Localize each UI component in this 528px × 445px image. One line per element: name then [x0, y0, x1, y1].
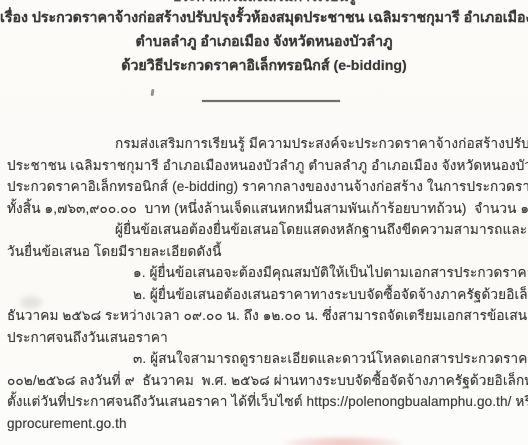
title-line-1: เรื่อง ประกวดราคาจ้างก่อสร้างปรับปรุงรั้… — [0, 6, 528, 30]
document-body: กรมส่งเสริมการเรียนรู้ มีความประสงค์จะปร… — [7, 133, 523, 434]
body-line: ประชาชน เฉลิมราชกุมารี อำเภอเมืองหนองบัว… — [7, 155, 523, 177]
title-line-3: ด้วยวิธีประกวดราคาอิเล็กทรอนิกส์ (e-bidd… — [0, 54, 528, 78]
scanned-document-page: ประกาศกรมส่งเสริมการเรียนรู้ เรื่อง ประก… — [0, 0, 528, 445]
body-line: ๑. ผู้ยื่นข้อเสนอจะต้องมีคุณสมบัติให้เป็… — [7, 262, 523, 284]
body-line: ๐๐๒/๒๕๖๘ ลงวันที่ ๙ ธันวาคม พ.ศ. ๒๕๖๘ ผ่… — [7, 370, 523, 392]
document-title-block: เรื่อง ประกวดราคาจ้างก่อสร้างปรับปรุงรั้… — [0, 6, 528, 78]
body-line: gprocurement.go.th — [7, 413, 523, 435]
body-line: ประกวดราคาอิเล็กทรอนิกส์ (e-bidding) ราค… — [7, 176, 523, 198]
body-line: ผู้ยื่นข้อเสนอต้องยื่นข้อเสนอโดยแสดงหลัก… — [7, 219, 523, 241]
title-divider-line — [202, 100, 340, 102]
body-line: ๒. ผู้ยื่นข้อเสนอต้องเสนอราคาทางระบบจัดซ… — [7, 284, 523, 306]
body-line: ๓. ผู้สนใจสามารถดูรายละเอียดและดาวน์โหลด… — [7, 348, 523, 370]
red-stamp-edge — [283, 436, 403, 445]
scan-speck — [151, 89, 155, 96]
body-line: ประกาศจนถึงวันเสนอราคา — [7, 327, 523, 349]
body-line: วันยื่นข้อเสนอ โดยมีรายละเอียดดังนี้ — [7, 241, 523, 263]
title-line-2: ตำบลลำภู อำเภอเมือง จังหวัดหนองบัวลำภู — [0, 30, 528, 54]
body-line: ตั้งแต่วันที่ประกาศจนถึงวันเสนอราคา ได้ท… — [7, 391, 523, 413]
body-line: กรมส่งเสริมการเรียนรู้ มีความประสงค์จะปร… — [7, 133, 523, 155]
body-line: ทั้งสิ้น ๑,๗๖๓,๙๐๐.๐๐ บาท (หนึ่งล้านเจ็ด… — [7, 198, 523, 220]
body-line: ธันวาคม ๒๕๖๘ ระหว่างเวลา ๐๙.๐๐ น. ถึง ๑๒… — [7, 305, 523, 327]
scan-smudge — [20, 296, 42, 309]
